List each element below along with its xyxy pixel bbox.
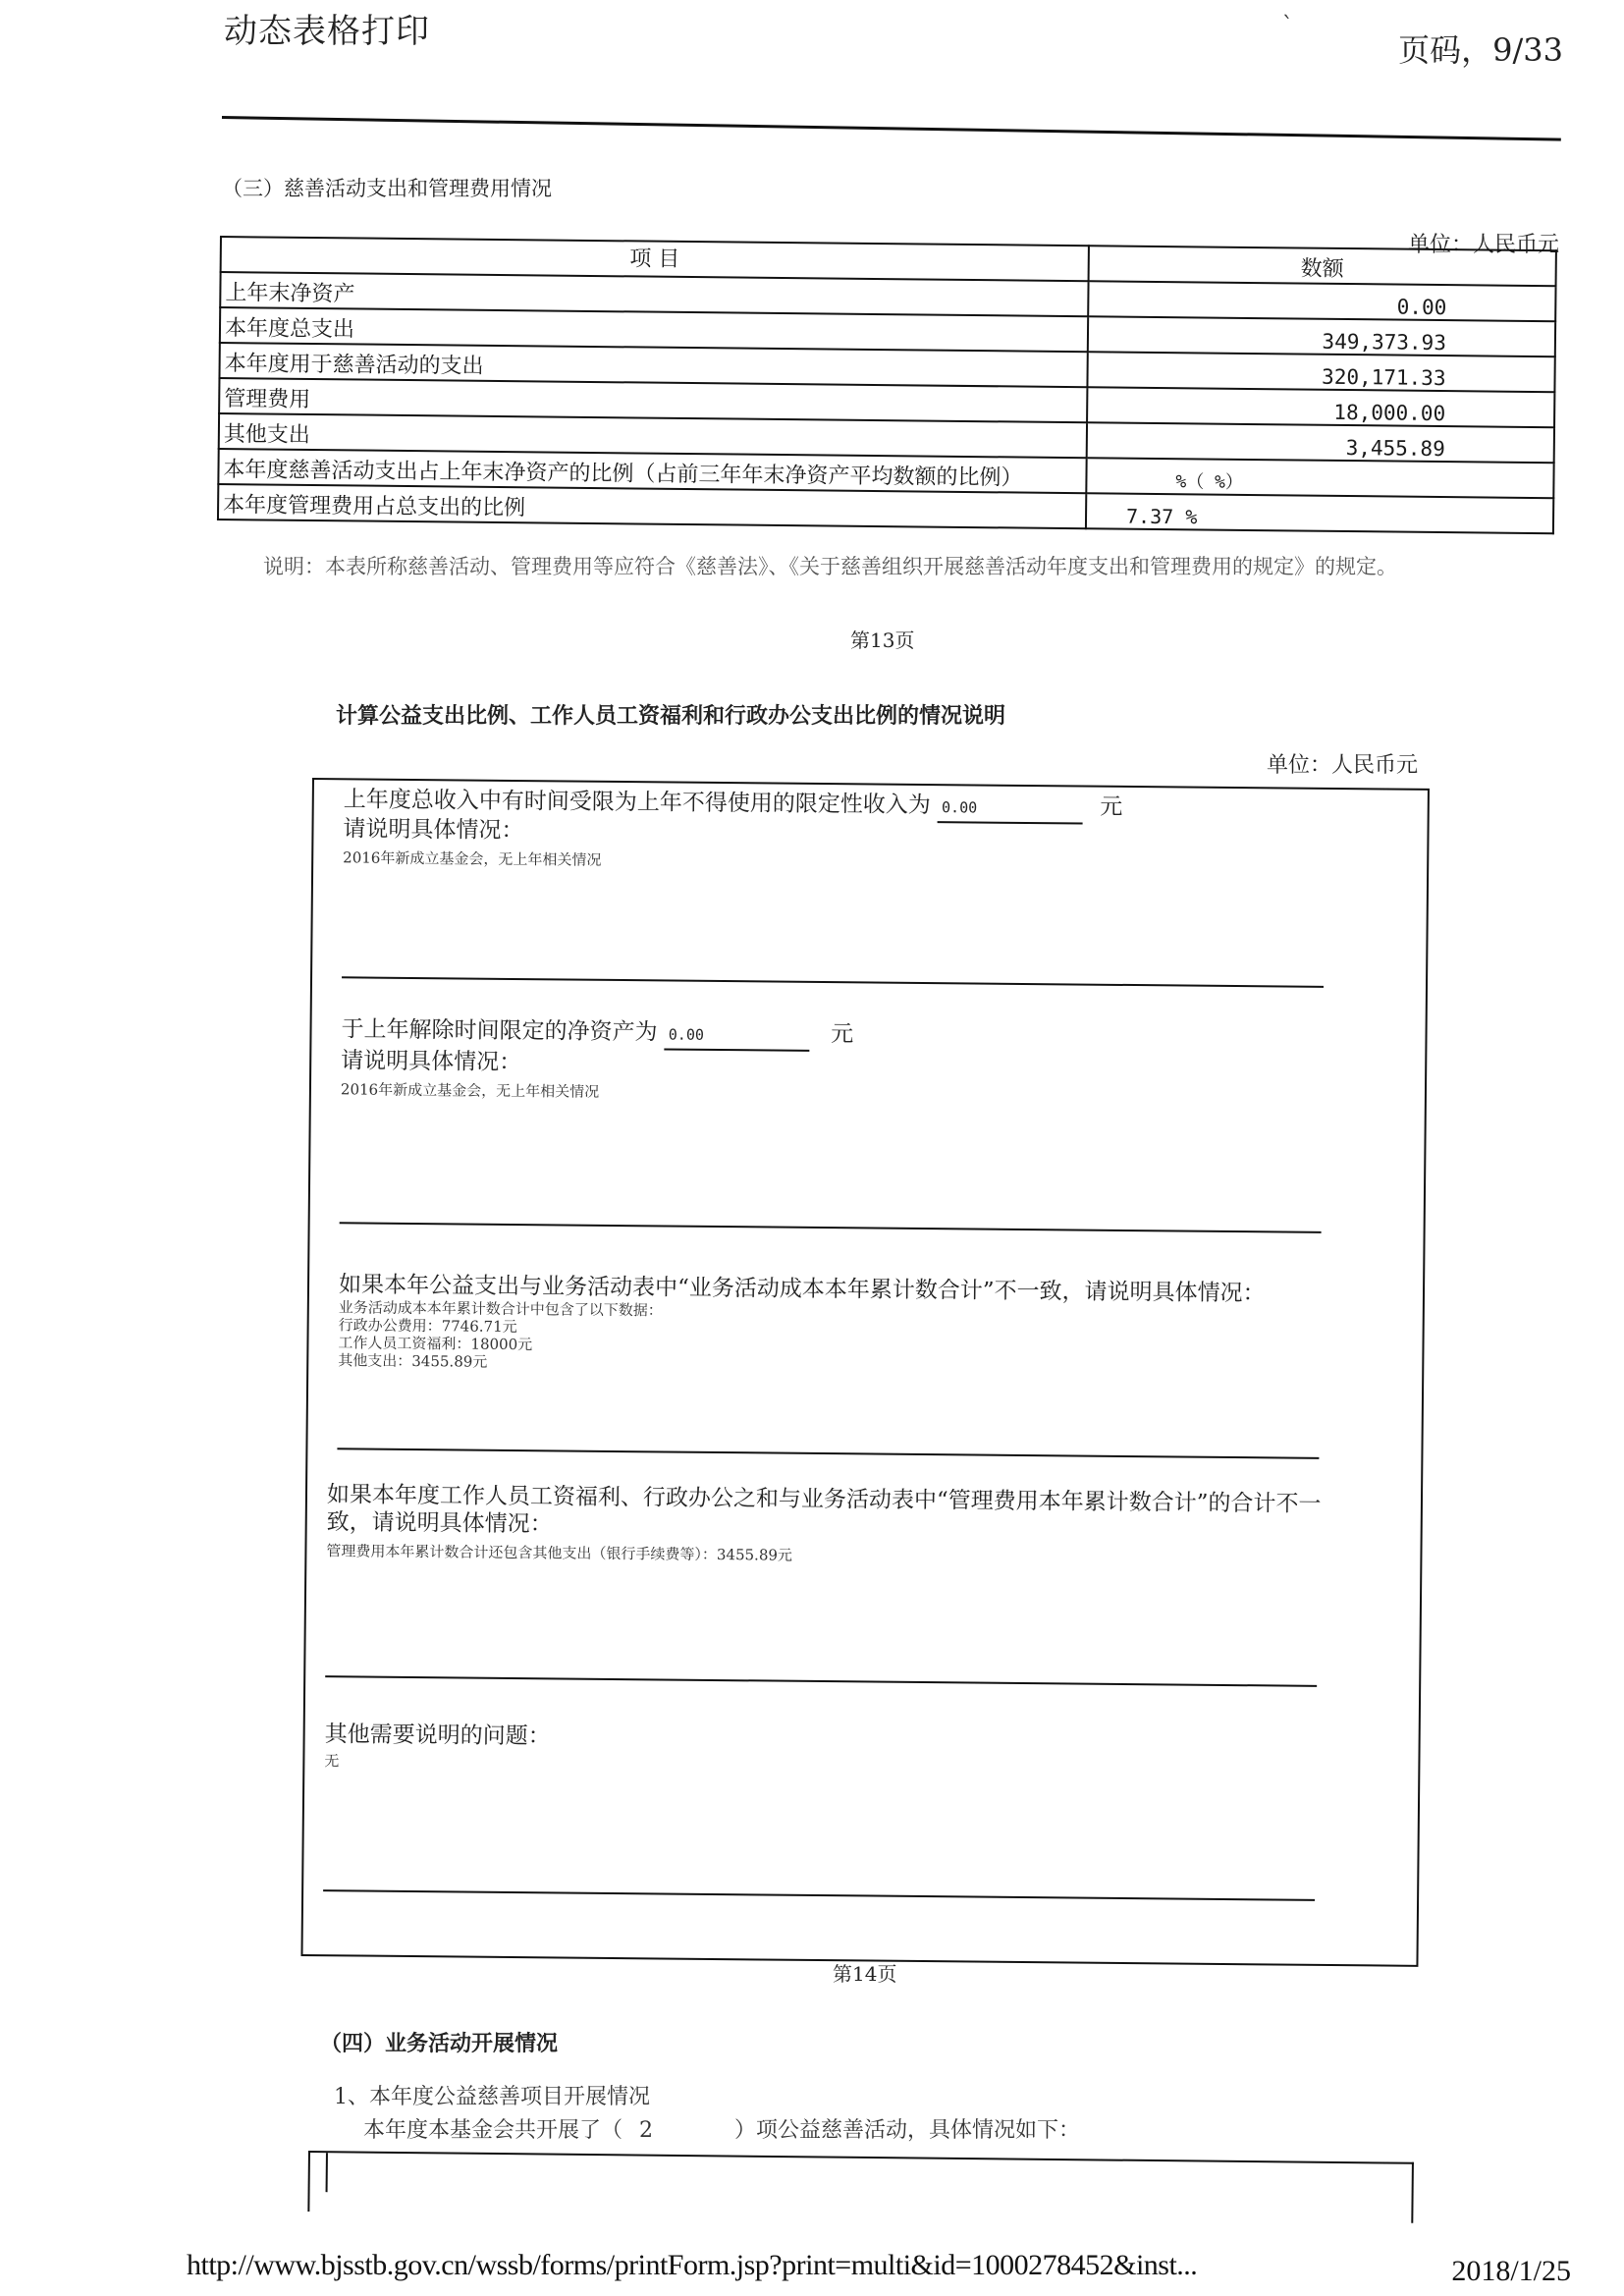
q4-question-line-2: 致，请说明具体情况： — [327, 1508, 553, 1538]
document-header-title: 动态表格打印 — [224, 4, 430, 52]
q2-value-field: 0.00 — [665, 1020, 810, 1051]
q2-line: 于上年解除时间限定的净资产为 0.00 元 — [341, 1015, 853, 1052]
q1-prefix: 上年度总收入中有时间受限为上年不得使用的限定性收入为 — [344, 787, 931, 818]
q3-answer-line-3: 工作人员工资福利：18000元 — [338, 1334, 532, 1353]
row-value: 7.37 % — [1086, 493, 1553, 533]
row-value: 349,373.93 — [1088, 316, 1555, 356]
page-number-14: 第14页 — [833, 1958, 896, 1987]
item1-text-before: 本年度本基金会共开展了（ — [363, 2118, 623, 2143]
section4-item1-text: 本年度本基金会共开展了（ 2 ）项公益慈善活动，具体情况如下： — [363, 2113, 1080, 2144]
q2-answer: 2016年新成立基金会，无上年相关情况 — [341, 1080, 599, 1101]
row-value: 0.00 — [1088, 281, 1555, 321]
item1-text-after: ）项公益慈善活动，具体情况如下： — [734, 2118, 1080, 2143]
footer-date: 2018/1/25 — [1451, 2255, 1571, 2288]
row-value: 3,455.89 — [1087, 422, 1554, 463]
q2-divider — [340, 1222, 1322, 1233]
row-value: 320,171.33 — [1087, 352, 1554, 392]
page-indicator: 页码，9/33 — [1398, 26, 1563, 71]
q1-prompt: 请说明具体情况： — [343, 815, 523, 845]
q3-divider — [337, 1448, 1319, 1459]
projects-table-top — [307, 2151, 1414, 2223]
header-divider — [222, 116, 1561, 141]
row-value: 18,000.00 — [1087, 387, 1554, 427]
ratio-section-unit: 单位：人民币元 — [1267, 748, 1418, 779]
scan-mark: ` — [1282, 14, 1293, 38]
q5-question: 其他需要说明的问题： — [325, 1721, 551, 1750]
column-header-amount: 数额 — [1089, 246, 1556, 286]
q3-answer-line-2: 行政办公费用：7746.71元 — [339, 1316, 517, 1336]
q2-suffix: 元 — [831, 1021, 853, 1047]
q1-divider — [342, 976, 1324, 988]
footer-url: http://www.bjsstb.gov.cn/wssb/forms/prin… — [187, 2249, 1197, 2282]
charity-expense-table: 项 目 数额 上年末净资产 0.00 本年度总支出 349,373.93 本年度… — [217, 236, 1557, 534]
item1-count: 2 — [629, 2118, 728, 2143]
q2-prefix: 于上年解除时间限定的净资产为 — [341, 1016, 657, 1045]
q1-suffix: 元 — [1100, 794, 1122, 820]
section3-title: （三）慈善活动支出和管理费用情况 — [222, 173, 552, 202]
q4-divider — [325, 1675, 1317, 1687]
q3-answer-line-4: 其他支出：3455.89元 — [338, 1351, 487, 1370]
section4-title: （四）业务活动开展情况 — [320, 2027, 558, 2057]
ratio-explanation-box: 上年度总收入中有时间受限为上年不得使用的限定性收入为 0.00 元 请说明具体情… — [300, 778, 1429, 1967]
q1-answer: 2016年新成立基金会，无上年相关情况 — [343, 848, 601, 869]
q2-prompt: 请说明具体情况： — [341, 1047, 521, 1076]
page-number-13: 第13页 — [850, 625, 914, 653]
table-column-divider — [326, 2153, 328, 2192]
ratio-section-title: 计算公益支出比例、工作人员工资福利和行政办公支出比例的情况说明 — [336, 699, 1005, 730]
q1-value-field: 0.00 — [938, 793, 1083, 824]
row-value: %（ %） — [1086, 458, 1553, 498]
section4-item1-title: 1、本年度公益慈善项目开展情况 — [334, 2080, 650, 2110]
section3-note: 说明：本表所称慈善活动、管理费用等应符合《慈善法》、《关于慈善组织开展慈善活动年… — [220, 556, 1555, 577]
q5-divider — [323, 1889, 1315, 1901]
q5-answer: 无 — [324, 1752, 339, 1770]
q4-answer: 管理费用本年累计数合计还包含其他支出（银行手续费等）：3455.89元 — [326, 1542, 792, 1564]
